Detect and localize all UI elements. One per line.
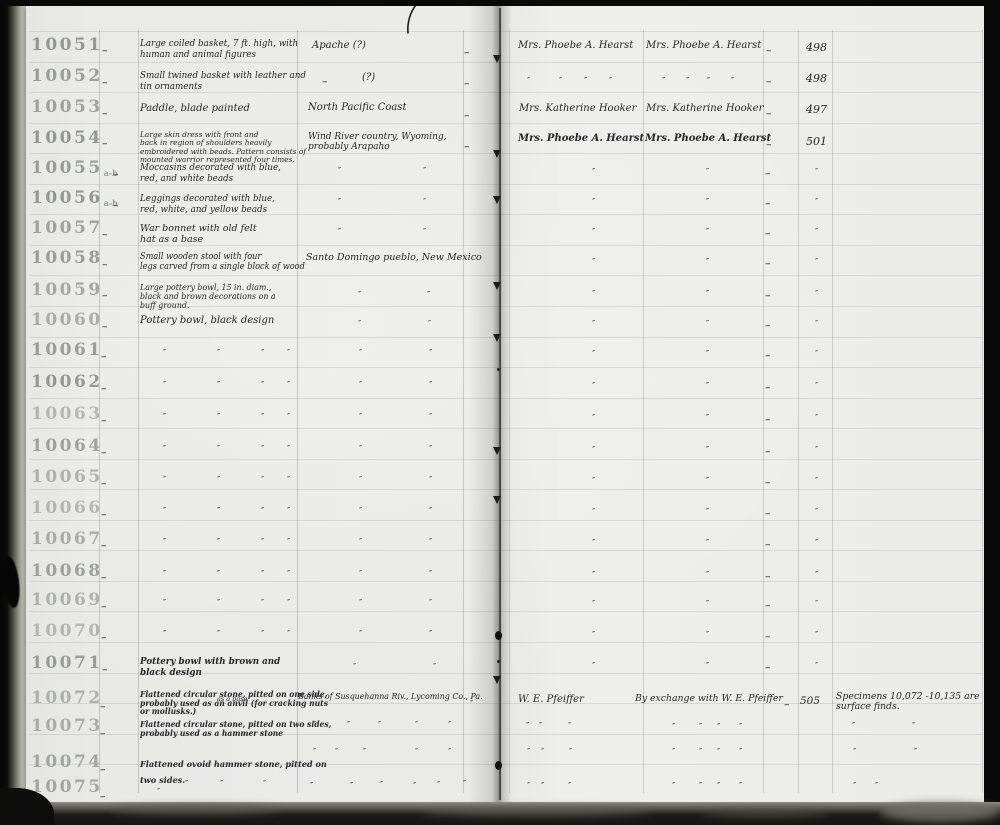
check-mark [493, 282, 501, 294]
ditto-mark: ″ [163, 444, 166, 454]
dash-mark: – [464, 109, 470, 122]
dash-mark: – [766, 44, 772, 57]
ditto-mark: ″ [706, 381, 709, 391]
locality-line: Santo Domingo pueblo, New Mexico [306, 253, 482, 264]
ditto-mark: ″ [815, 507, 818, 517]
ditto-mark: ″ [359, 629, 362, 639]
ditto-mark: ″ [592, 661, 595, 671]
ledger-row: 10072Flattened circular stone, pitted on… [0, 688, 1000, 689]
ditto-mark: ″ [380, 780, 383, 790]
dash-mark: – [784, 698, 790, 711]
column-rule-line [982, 30, 983, 793]
dash-mark: – [100, 700, 106, 713]
catalog-number: 10055a-b [31, 158, 118, 178]
ditto-mark: ″ [423, 166, 426, 176]
locality: Wind River country, Wyoming,probably Ara… [308, 132, 447, 152]
ditto-mark: ″ [448, 747, 451, 757]
table-smudge [880, 802, 1000, 822]
ditto-mark: ″ [815, 349, 818, 359]
description-line: hat as a base [140, 235, 257, 246]
ditto-mark: ″ [359, 412, 362, 422]
ditto-mark: ″ [429, 629, 432, 639]
ditto-mark: ″ [815, 476, 818, 486]
ditto-mark: ″ [706, 630, 709, 640]
ledger-row: 10070–″″″″″″″″–″ [0, 621, 1000, 622]
ledger-row: 10057War bonnet with old felthat as a ba… [0, 218, 1000, 219]
dash-mark: – [765, 227, 771, 240]
ditto-mark: ″ [852, 721, 855, 731]
description-line: Pottery bowl, black design [140, 315, 274, 326]
description: Flattened ovoid hammer stone, pitted ont… [140, 757, 327, 789]
dash-mark: – [765, 661, 771, 674]
ditto-mark: ″ [163, 629, 166, 639]
ditto-mark: ″ [287, 348, 290, 358]
catalog-number: 10060 [31, 310, 103, 330]
dash-mark: – [322, 75, 328, 88]
how-acquired-line: Mrs. Katherine Hooker [646, 103, 763, 114]
ditto-mark: ″ [423, 197, 426, 207]
ditto-mark: ″ [912, 721, 915, 731]
ditto-mark: ″ [429, 506, 432, 516]
locality: (?) [362, 72, 375, 83]
ledger-row: 10058Small wooden stool with fourlegs ca… [0, 248, 1000, 249]
catalog-number: 10071 [31, 653, 103, 673]
ditto-mark: ″ [359, 380, 362, 390]
catalog-number: 10058 [31, 248, 103, 268]
remarks-line: surface finds. [836, 702, 980, 712]
received-from: Mrs. Phoebe A. Hearst [518, 40, 633, 51]
ledger-row: 10052Small twined basket with leather an… [0, 66, 1000, 67]
description-line: tin ornaments [140, 82, 306, 93]
catalog-number: 10072 [31, 688, 103, 708]
description-line: two sides. [140, 773, 327, 789]
ditto-mark: ″ [815, 630, 818, 640]
ditto-mark: ″ [217, 506, 220, 516]
photo-border-right [984, 0, 1000, 825]
ditto-mark: ″ [609, 76, 612, 86]
ditto-mark: ″ [526, 721, 529, 731]
accession-number-line: 498 [806, 42, 827, 54]
ditto-mark: ″ [287, 506, 290, 516]
ledger-row: 10071Pottery bowl with brown andblack de… [0, 653, 1000, 654]
ditto-mark: ″ [717, 747, 720, 757]
ditto-mark: ″ [163, 537, 166, 547]
ditto-mark: ″ [261, 537, 264, 547]
ditto-mark: ″ [427, 290, 430, 300]
catalog-number: 10068 [31, 561, 103, 581]
ditto-mark: ″ [706, 413, 709, 423]
ditto-mark: ″ [163, 569, 166, 579]
ditto-mark: ″ [568, 721, 571, 731]
locality: Banks of Susquehanna Riv., Lycoming Co.,… [298, 692, 483, 701]
ledger-row: 10054Large skin dress with front andback… [0, 128, 1000, 129]
ditto-mark: ″ [415, 720, 418, 730]
description-line: human and animal figures [140, 50, 298, 61]
ditto-mark: ″ [731, 76, 734, 86]
ditto-mark: ″ [359, 537, 362, 547]
ditto-mark: ″ [706, 661, 709, 671]
locality-line: probably Arapaho [308, 142, 447, 152]
ditto-mark: ″ [559, 76, 562, 86]
dash-mark: – [102, 289, 108, 302]
ditto-mark: ″ [592, 167, 595, 177]
catalog-number: 10069 [31, 590, 103, 610]
column-rule-line [643, 30, 644, 793]
ledger-row: 10053Paddle, blade paintedNorth Pacific … [0, 97, 1000, 98]
ditto-mark: ″ [363, 747, 366, 757]
ditto-mark: ″ [592, 445, 595, 455]
ditto-mark: ″ [261, 598, 264, 608]
ledger-row: 10061–″″″″″″″″–″ [0, 340, 1000, 341]
received-from: W. E. Pfeiffer [518, 694, 584, 705]
ditto-mark: ″ [739, 722, 742, 732]
dash-mark: – [101, 414, 107, 427]
dash-mark: – [765, 630, 771, 643]
ditto-mark: ″ [592, 227, 595, 237]
ditto-mark: ″ [527, 781, 530, 791]
ditto-mark: ″ [739, 781, 742, 791]
ditto-mark: ″ [350, 781, 353, 791]
ditto-mark: ″ [217, 348, 220, 358]
dash-mark: – [765, 599, 771, 612]
remarks: Specimens 10,072 -10,135 aresurface find… [836, 692, 980, 713]
ditto-mark: ″ [592, 630, 595, 640]
received-from: Mrs. Katherine Hooker [519, 103, 636, 114]
ditto-mark: ″ [359, 569, 362, 579]
dash-mark: – [102, 663, 108, 676]
ditto-mark: ″ [815, 381, 818, 391]
ledger-row: 10067–″″″″″″″″–″ [0, 529, 1000, 530]
ditto-mark: ″ [217, 629, 220, 639]
accession-number: 498 [806, 73, 827, 85]
ditto-mark: ″ [163, 412, 166, 422]
ditto-mark: ″ [717, 722, 720, 732]
ditto-mark: ″ [358, 290, 361, 300]
table-smudge [700, 809, 830, 817]
ditto-mark: ″ [739, 747, 742, 757]
catalog-number: 10070 [31, 621, 103, 641]
dash-mark: – [102, 44, 108, 57]
ledger-row: 10062–″″″″″″″″–″ [0, 372, 1000, 373]
ditto-mark: ″ [335, 747, 338, 757]
catalog-number: 10066 [31, 498, 103, 518]
ditto-mark: ″ [815, 319, 818, 329]
description-line: Paddle, blade painted [140, 103, 250, 114]
ditto-mark: ″ [429, 444, 432, 454]
ditto-mark: ″ [568, 781, 571, 791]
ditto-mark: ″ [287, 598, 290, 608]
ledger-row: 10065–″″″″″″″″–″ [0, 467, 1000, 468]
ditto-mark: ″ [592, 257, 595, 267]
ditto-mark: ″ [815, 197, 818, 207]
how-acquired-line: By exchange with W. E. Pfeiffer [635, 694, 783, 704]
ditto-mark: ″ [699, 747, 702, 757]
dash-mark: – [101, 477, 107, 490]
received-from: Mrs. Phoebe A. Hearst [518, 133, 644, 144]
dash-mark: – [765, 570, 771, 583]
dash-mark: – [113, 199, 119, 212]
accession-number: 501 [806, 136, 827, 148]
catalog-number: 10054 [31, 128, 103, 148]
ditto-mark: ″ [706, 599, 709, 609]
ditto-mark: ″ [287, 412, 290, 422]
accession-number: 505 [800, 696, 820, 708]
dash-mark: – [102, 107, 108, 120]
ledger-row: 10060Pottery bowl, black design–″″″″–″ [0, 310, 1000, 311]
locality: North Pacific Coast [308, 102, 406, 113]
how-acquired: Mrs. Phoebe A. Hearst [646, 40, 761, 51]
ledger-row: 10074Flattened ovoid hammer stone, pitte… [0, 752, 1000, 753]
ditto-mark: ″ [541, 747, 544, 757]
ditto-mark: ″ [429, 412, 432, 422]
dash-mark: – [766, 75, 772, 88]
page-stack-edge [0, 0, 26, 825]
dash-mark: – [102, 228, 108, 241]
dash-mark: – [765, 319, 771, 332]
ditto-mark: ″ [672, 722, 675, 732]
ditto-mark: ″ [287, 537, 290, 547]
ditto-mark: ″ [875, 781, 878, 791]
ditto-mark: ″ [429, 537, 432, 547]
ditto-mark: ″ [815, 413, 818, 423]
ditto-mark: ″ [217, 380, 220, 390]
how-acquired: Mrs. Katherine Hooker [646, 103, 763, 114]
ditto-mark: ″ [428, 319, 431, 329]
ditto-mark: ″ [338, 197, 341, 207]
ditto-mark: ″ [220, 779, 223, 789]
catalog-number: 10057 [31, 218, 103, 238]
check-mark [493, 676, 501, 688]
ditto-mark: ″ [263, 779, 266, 789]
catalog-number: 10053 [31, 97, 103, 117]
ditto-mark: ″ [261, 629, 264, 639]
check-mark [497, 660, 500, 663]
locality: Apache (?) [312, 40, 366, 51]
ditto-mark: ″ [163, 380, 166, 390]
ditto-mark: ″ [261, 506, 264, 516]
ditto-mark: ″ [706, 538, 709, 548]
dash-mark: – [101, 631, 107, 644]
ditto-mark: ″ [338, 227, 341, 237]
ditto-mark: ″ [163, 506, 166, 516]
description-line: red, and white beads [140, 174, 281, 185]
ditto-mark: ″ [437, 780, 440, 790]
check-mark [497, 368, 500, 371]
ditto-mark: ″ [815, 227, 818, 237]
ditto-mark: ″ [592, 381, 595, 391]
ditto-mark: ″ [592, 349, 595, 359]
locality-line: Apache (?) [312, 40, 366, 51]
ditto-mark: ″ [592, 197, 595, 207]
dash-mark: – [102, 76, 108, 89]
ditto-mark: ″ [310, 781, 313, 791]
description-line: Flattened ovoid hammer stone, pitted on [140, 757, 327, 773]
ditto-mark: ″ [157, 787, 160, 797]
column-rule-line [798, 30, 799, 793]
dash-mark: – [464, 46, 470, 59]
dash-mark: – [464, 77, 470, 90]
dash-mark: – [765, 507, 771, 520]
description: Pottery bowl, black design [140, 315, 274, 326]
ledger-row: 10063–″″″″″″″″–″ [0, 404, 1000, 405]
dash-mark: – [101, 508, 107, 521]
catalog-number: 10061 [31, 340, 103, 360]
ditto-mark: ″ [429, 380, 432, 390]
ditto-mark: ″ [378, 720, 381, 730]
ditto-mark: ″ [707, 76, 710, 86]
ditto-mark: ″ [413, 781, 416, 791]
received-from-line: Mrs. Katherine Hooker [519, 103, 636, 114]
ditto-mark: ″ [592, 413, 595, 423]
ditto-mark: ″ [359, 475, 362, 485]
description: Small wooden stool with fourlegs carved … [140, 253, 305, 273]
ditto-mark: ″ [706, 445, 709, 455]
catalog-number: 10056a-b [31, 188, 118, 208]
description: Large skin dress with front andback in r… [140, 131, 306, 164]
ditto-mark: ″ [815, 661, 818, 671]
catalog-number: 10064 [31, 436, 103, 456]
ditto-mark: ″ [429, 348, 432, 358]
locality-line: Wind River country, Wyoming, [308, 132, 447, 142]
ditto-mark: ″ [815, 257, 818, 267]
description: Small twined basket with leather andtin … [140, 71, 306, 92]
ditto-mark: ″ [592, 476, 595, 486]
description: Moccasins decorated with blue,red, and w… [140, 163, 281, 184]
ditto-mark: ″ [815, 289, 818, 299]
ditto-mark: ″ [359, 348, 362, 358]
ditto-mark: ″ [217, 412, 220, 422]
ditto-mark: ″ [815, 570, 818, 580]
ditto-mark: ″ [287, 444, 290, 454]
check-mark [493, 150, 501, 162]
dash-mark: – [101, 350, 107, 363]
dash-mark: – [765, 167, 771, 180]
photo-border-top [0, 0, 1000, 6]
ditto-mark: ″ [163, 598, 166, 608]
description: Leggings decorated with blue,red, white,… [140, 194, 275, 215]
how-acquired: Mrs. Phoebe A. Hearst [645, 133, 771, 144]
dash-mark: – [765, 289, 771, 302]
ledger-row: 10073Flattened circular stone, pitted on… [0, 716, 1000, 717]
ditto-mark: ″ [433, 662, 436, 672]
dash-mark: – [101, 382, 107, 395]
ditto-mark: ″ [672, 781, 675, 791]
ditto-mark: ″ [706, 476, 709, 486]
ditto-mark: ″ [706, 349, 709, 359]
ditto-mark: ″ [261, 444, 264, 454]
ditto-mark: ″ [592, 570, 595, 580]
dash-mark: – [765, 197, 771, 210]
ditto-mark: ″ [706, 197, 709, 207]
table-edge [0, 802, 1000, 825]
ditto-mark: ″ [592, 538, 595, 548]
dash-mark: – [102, 320, 108, 333]
ledger-row: 10075–″″″″″″″″″″″″″″″″″″″ [0, 777, 1000, 778]
description: Pottery bowl with brown andblack design [140, 657, 280, 678]
received-from-line: W. E. Pfeiffer [518, 694, 584, 705]
ditto-mark: ″ [313, 747, 316, 757]
locality: Santo Domingo pueblo, New Mexico [306, 253, 482, 264]
dash-mark: – [765, 381, 771, 394]
catalog-number: 10059 [31, 280, 103, 300]
catalog-number: 10074 [31, 752, 103, 772]
accession-number-line: 498 [806, 73, 827, 85]
catalog-number: 10051 [31, 35, 103, 55]
ditto-mark: ″ [313, 720, 316, 730]
ditto-mark: ″ [163, 475, 166, 485]
dash-mark: – [101, 600, 107, 613]
description-line: buff ground. [140, 301, 276, 310]
description-line: black design [140, 668, 280, 679]
ditto-mark: ″ [359, 598, 362, 608]
how-acquired-line: Mrs. Phoebe A. Hearst [646, 40, 761, 51]
ledger-row: 10059Large pottery bowl, 15 in. diam.,bl… [0, 280, 1000, 281]
ditto-mark: ″ [815, 538, 818, 548]
ditto-mark: ″ [448, 720, 451, 730]
ditto-mark: ″ [584, 76, 587, 86]
table-smudge [420, 807, 650, 816]
ditto-mark: ″ [217, 598, 220, 608]
ditto-mark: ″ [592, 289, 595, 299]
ditto-mark: ″ [706, 507, 709, 517]
ditto-mark: ″ [347, 720, 350, 730]
accession-number-line: 501 [806, 136, 827, 148]
ditto-mark: ″ [699, 781, 702, 791]
check-mark [495, 761, 502, 770]
ditto-mark: ″ [261, 380, 264, 390]
ditto-mark: ″ [163, 348, 166, 358]
ditto-mark: ″ [539, 721, 542, 731]
ledger-row: 10069–″″″″″″″″–″ [0, 590, 1000, 591]
ditto-mark: ″ [527, 747, 530, 757]
check-mark [493, 196, 501, 208]
ditto-mark: ″ [261, 348, 264, 358]
ditto-mark: ″ [699, 722, 702, 732]
ditto-mark: ″ [541, 781, 544, 791]
ledger-row: 10051Large coiled basket, 7 ft. high, wi… [0, 35, 1000, 36]
locality-line: Banks of Susquehanna Riv., Lycoming Co.,… [298, 692, 483, 701]
dash-mark: – [765, 257, 771, 270]
inserted-note: as a base [217, 695, 247, 703]
description-line: or mollusks.) [140, 707, 328, 716]
dash-mark: – [765, 538, 771, 551]
ditto-mark: ″ [853, 747, 856, 757]
catalog-number: 10063 [31, 404, 103, 424]
how-acquired-line: Mrs. Phoebe A. Hearst [645, 133, 771, 144]
ditto-mark: ″ [353, 662, 356, 672]
ledger-row: 10056a-bLeggings decorated with blue,red… [0, 188, 1000, 189]
ditto-mark: ″ [423, 227, 426, 237]
column-rule-line [763, 30, 764, 793]
ditto-mark: ″ [706, 570, 709, 580]
ditto-mark: ″ [569, 747, 572, 757]
dash-mark: – [101, 571, 107, 584]
ledger-scan-photo: 10051Large coiled basket, 7 ft. high, wi… [0, 0, 1000, 825]
description: Flattened circular stone, pitted on two … [140, 720, 331, 738]
received-from-line: Mrs. Phoebe A. Hearst [518, 40, 633, 51]
description: Large pottery bowl, 15 in. diam.,black a… [140, 283, 276, 310]
ditto-mark: ″ [853, 781, 856, 791]
ditto-mark: ″ [287, 629, 290, 639]
received-from-line: Mrs. Phoebe A. Hearst [518, 133, 644, 144]
ditto-mark: ″ [261, 569, 264, 579]
how-acquired: By exchange with W. E. Pfeiffer [635, 694, 783, 704]
ditto-mark: ″ [287, 380, 290, 390]
ditto-mark: ″ [287, 569, 290, 579]
ditto-mark: ″ [706, 289, 709, 299]
catalog-number: 10067 [31, 529, 103, 549]
ditto-mark: ″ [592, 319, 595, 329]
